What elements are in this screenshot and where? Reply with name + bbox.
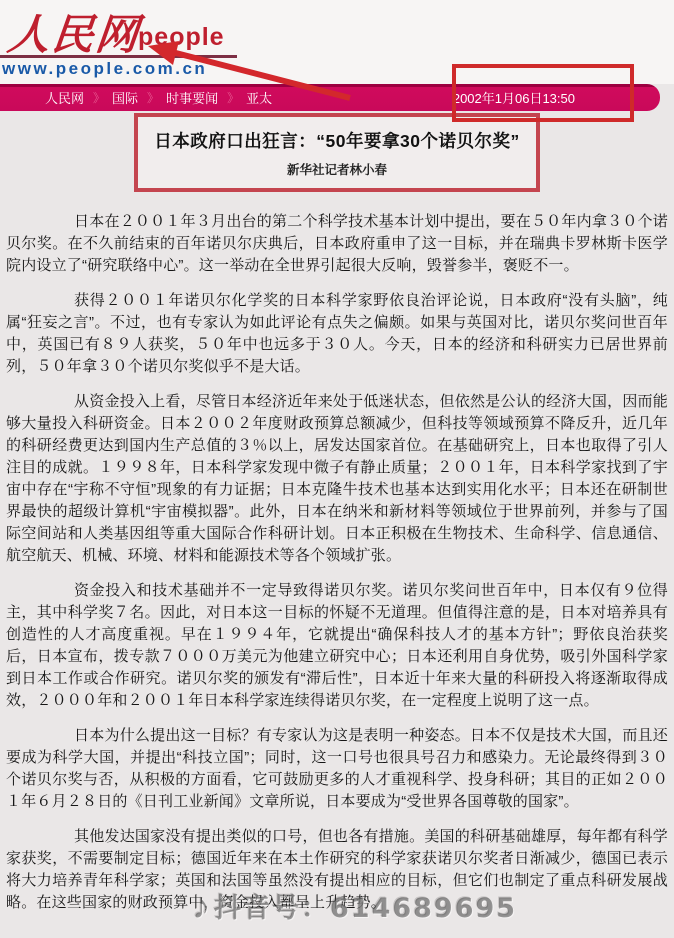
paragraph: 获得２００１年诺贝尔化学奖的日本科学家野依良治评论说，日本政府“没有头脑”，纯属…	[6, 290, 668, 378]
paragraph: 日本在２００１年３月出台的第二个科学技术基本计划中提出，要在５０年内拿３０个诺贝…	[6, 211, 668, 277]
publish-datetime: 2002年1月06日13:50	[453, 88, 575, 107]
paragraph: 资金投入和技术基础并不一定导致得诺贝尔奖。诺贝尔奖问世百年中，日本仅有９位得主，…	[6, 580, 668, 712]
paragraph: 日本为什么提出这一目标？有专家认为这是表明一种姿态。日本不仅是技术大国，而且还要…	[6, 725, 668, 813]
header: 人民网people www.people.com.cn	[0, 0, 674, 84]
breadcrumb-item-yatai[interactable]: 亚太	[246, 88, 272, 107]
site-url[interactable]: www.people.com.cn	[2, 59, 207, 79]
article-body: 日本在２００１年３月出台的第二个科学技术基本计划中提出，要在５０年内拿３０个诺贝…	[0, 211, 674, 914]
navbar: 人民网 》 国际 》 时事要闻 》 亚太 2002年1月06日13:50	[0, 84, 660, 111]
paragraph: 其他发达国家没有提出类似的口号，但也各有措施。美国的科研基础雄厚，每年都有科学家…	[6, 826, 668, 914]
site-logo[interactable]: 人民网people	[8, 2, 227, 62]
breadcrumb-item-shishi-yaowen[interactable]: 时事要闻	[166, 88, 218, 107]
breadcrumb: 人民网 》 国际 》 时事要闻 》 亚太	[45, 88, 272, 107]
logo-cn-script: 人民网	[5, 2, 143, 62]
chevron-separator-icon: 》	[227, 89, 237, 106]
chevron-separator-icon: 》	[93, 89, 103, 106]
breadcrumb-item-guoji[interactable]: 国际	[112, 88, 138, 107]
article-title: 日本政府口出狂言：“50年要拿30个诺贝尔奖”	[138, 128, 536, 153]
article-title-box: 日本政府口出狂言：“50年要拿30个诺贝尔奖” 新华社记者林小春	[134, 113, 540, 192]
page: 人民网people www.people.com.cn 人民网 》 国际 》 时…	[0, 0, 674, 938]
article-byline: 新华社记者林小春	[138, 160, 536, 178]
logo-underline	[0, 55, 237, 58]
logo-en-text: people	[138, 23, 225, 51]
breadcrumb-item-renminwang[interactable]: 人民网	[45, 88, 84, 107]
paragraph: 从资金投入上看，尽管日本经济近年来处于低迷状态，但依然是公认的经济大国，因而能够…	[6, 391, 668, 567]
chevron-separator-icon: 》	[147, 89, 157, 106]
